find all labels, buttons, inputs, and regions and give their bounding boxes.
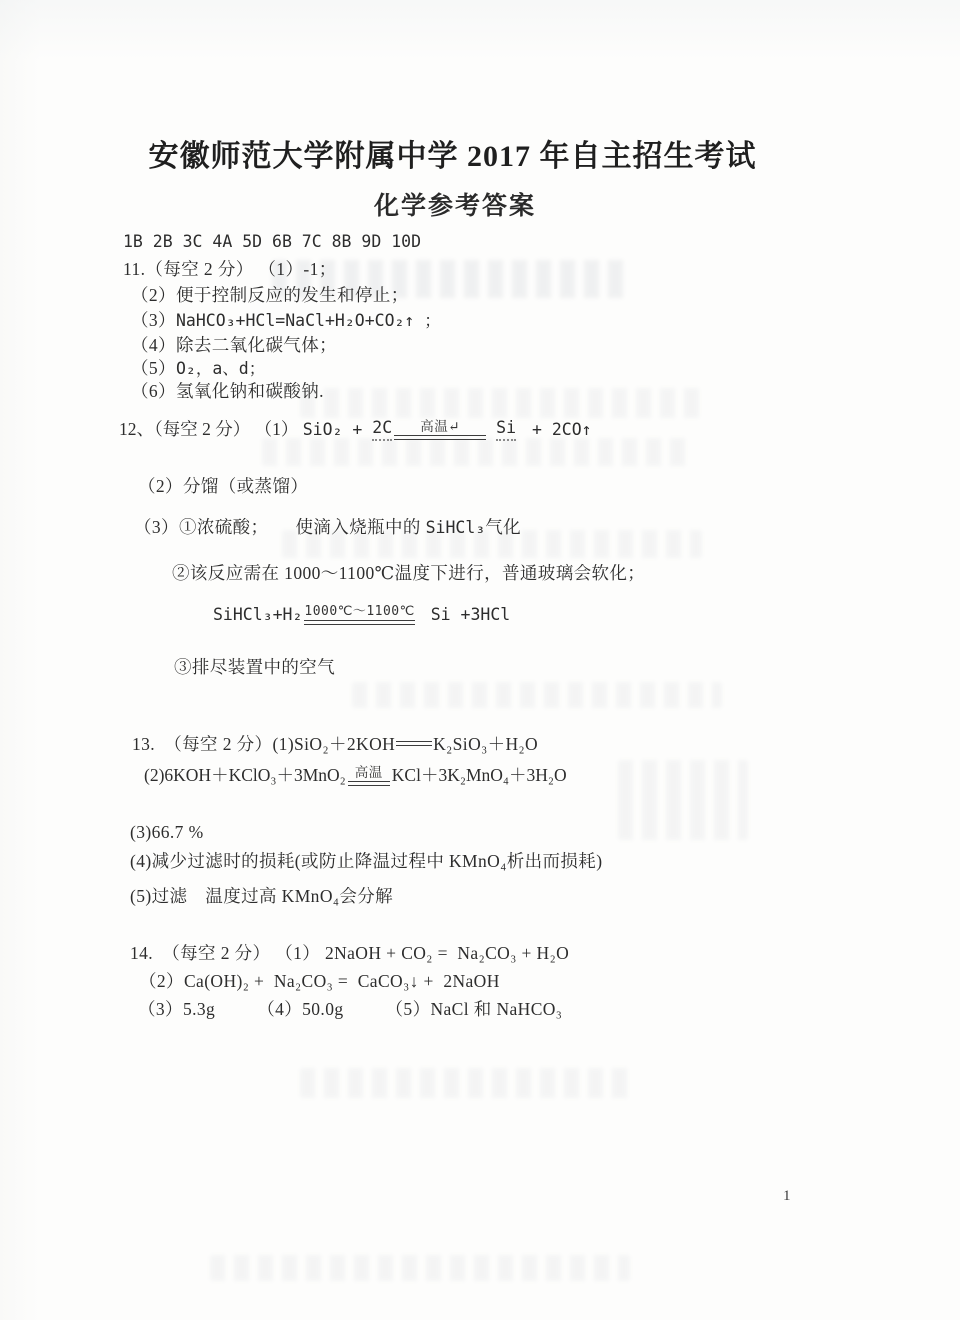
q12-eq1-product: Si [496, 417, 516, 441]
q11-item5-label: （5） [131, 358, 176, 378]
bleedthrough-ghost [262, 438, 692, 466]
q14-eq1: 2NaOH + CO₂ = Na₂CO₃ + H₂O [325, 943, 569, 963]
q14-part3: （3）5.3g [138, 999, 215, 1019]
q13-eq1-left: (1)SiO₂＋2KOH [272, 734, 395, 754]
bleedthrough-ghost [618, 760, 748, 840]
q14-part5: （5）NaCl 和 NaHCO₃ [386, 999, 563, 1019]
q14-item2-label: （2） [139, 971, 184, 991]
q11-item6: （6）氢氧化钠和碳酸钠. [131, 380, 324, 404]
multiple-choice-answers: 1B 2B 3C 4A 5D 6B 7C 8B 9D 10D [123, 231, 421, 253]
bleedthrough-ghost [210, 1255, 630, 1281]
q12-eq1-left: SiO₂ + [303, 419, 373, 440]
bleedthrough-ghost [352, 682, 722, 708]
q12-equation2: SiHCl₃+H₂1000℃～1100℃Si +3HCl [213, 604, 510, 625]
q14-item2-formula: Ca(OH)₂ + Na₂CO₃ = CaCO₃↓ + 2NaOH [184, 971, 500, 991]
q12-item3b: ②该反应需在 1000～1100℃温度下进行，普通玻璃会软化； [172, 562, 645, 586]
q11-lead: 11.（每空 2 分） （1）-1； [123, 258, 337, 282]
bleedthrough-ghost [300, 388, 700, 418]
q11-item5-formula: O₂，a、d； [176, 359, 265, 378]
q12-lead: 12、（每空 2 分） （1） [119, 418, 303, 441]
q13-item3: (3)66.7 % [130, 821, 204, 845]
q11-item2: （2）便于控制反应的发生和停止； [131, 284, 409, 308]
q13-lead: 13. （每空 2 分） [132, 734, 272, 754]
page-number: 1 [783, 1188, 791, 1205]
q13-item5: (5)过滤 温度过高 KMnO₄会分解 [130, 885, 393, 909]
q12-eq2-right: Si +3HCl [431, 604, 510, 625]
q11-item3: （3）NaHCO₃+HCl=NaCl+H₂O+CO₂↑ ； [131, 309, 441, 333]
q12-eq2-left: SiHCl₃+H₂ [213, 604, 302, 625]
q12-eq1-right: + 2CO↑ [522, 419, 592, 440]
condition-label: 高温 [355, 765, 383, 781]
reaction-condition-over-equals: 高温↵ [394, 419, 486, 440]
q12-item3-pre: （3）①浓硫酸； 使滴入烧瓶中的 [134, 517, 426, 537]
exam-title: 安徽师范大学附属中学 2017 年自主招生考试 [0, 131, 905, 175]
q13-lead-equation: 13. （每空 2 分）(1)SiO₂＋2KOHK₂SiO₃＋H₂O [132, 733, 538, 757]
exam-subtitle: 化学参考答案 [0, 186, 910, 222]
condition-label: 高温↵ [420, 419, 460, 435]
double-line-equals [394, 435, 486, 440]
q12-eq1-left-reactant: 2C [372, 417, 392, 441]
q14-part4: （4）50.0g [257, 999, 343, 1019]
double-line-equals [396, 741, 432, 746]
q13-eq1-right: K₂SiO₃＋H₂O [433, 734, 538, 754]
q14-lead: 14. （每空 2 分） （1） [130, 943, 325, 963]
q12-item3-post: 气化 [485, 517, 521, 537]
q14-parts: （3）5.3g（4）50.0g（5）NaCl 和 NaHCO₃ [138, 998, 562, 1022]
double-line-equals [348, 781, 390, 786]
q13-eq2-left: (2)6KOH＋KClO₃＋3MnO₂ [144, 764, 346, 787]
q11-item4: （4）除去二氧化碳气体； [131, 334, 337, 358]
q12-item3c: ③排尽装置中的空气 [174, 656, 335, 680]
q12-item3-formula: SiHCl₃ [426, 518, 486, 537]
q14-item2: （2）Ca(OH)₂ + Na₂CO₃ = CaCO₃↓ + 2NaOH [139, 970, 500, 994]
q11-item3-label: （3） [131, 310, 176, 330]
condition-label: 1000℃～1100℃ [304, 604, 414, 620]
q12-item3: （3）①浓硫酸； 使滴入烧瓶中的 SiHCl₃气化 [134, 516, 521, 540]
scanned-answer-sheet: 安徽师范大学附属中学 2017 年自主招生考试 化学参考答案 1B 2B 3C … [0, 0, 960, 1320]
bleedthrough-ghost [300, 1068, 630, 1098]
q12-item2: （2）分馏（或蒸馏） [138, 475, 308, 499]
reaction-condition-over-equals: 高温 [348, 765, 390, 786]
q11-item3-formula: NaHCO₃+HCl=NaCl+H₂O+CO₂↑ ； [176, 311, 441, 330]
q14-lead-equation: 14. （每空 2 分） （1） 2NaOH + CO₂ = Na₂CO₃ + … [130, 942, 569, 966]
reaction-condition-over-equals: 1000℃～1100℃ [304, 604, 414, 625]
q13-eq2-right: KCl＋3K₂MnO₄＋3H₂O [392, 764, 567, 787]
q13-item4: (4)减少过滤时的损耗(或防止降温过程中 KMnO₄析出而损耗) [130, 850, 602, 874]
q12-lead-equation: 12、（每空 2 分） （1） SiO₂ + 2C高温↵Si + 2CO↑ [119, 417, 592, 441]
double-line-equals [304, 620, 414, 625]
q13-equation2: (2)6KOH＋KClO₃＋3MnO₂高温KCl＋3K₂MnO₄＋3H₂O [144, 764, 567, 787]
q11-item5: （5）O₂，a、d； [131, 357, 265, 381]
